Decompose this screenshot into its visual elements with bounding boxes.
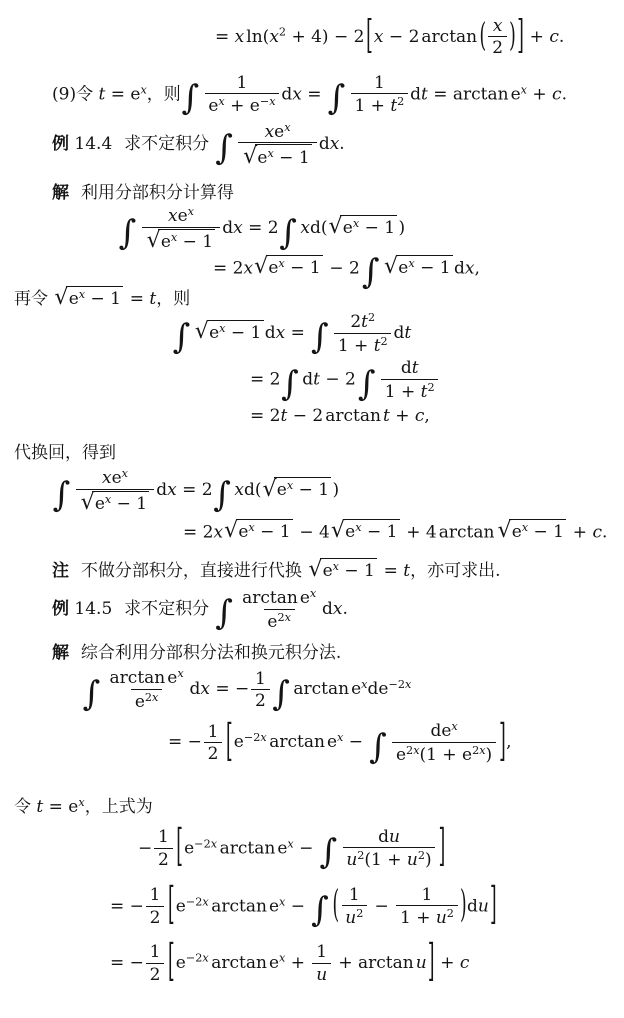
- fraction: 1u: [312, 942, 330, 985]
- math-roman: = −: [110, 953, 144, 973]
- eq-final-row-2: = 2x√ex − 1 − 4√ex − 1 + 4arctan√ex − 1 …: [183, 519, 624, 543]
- math-roman: d: [454, 258, 465, 278]
- denominator: 2: [154, 848, 172, 870]
- math-roman: − 1: [528, 522, 564, 542]
- math-roman: e: [512, 522, 522, 542]
- eq-parts-row-2: = 2x√ex − 1 − 2∫√ex − 1dx,: [213, 255, 624, 279]
- fraction: 12: [146, 942, 164, 985]
- radicand: ex − 1: [396, 255, 453, 279]
- math-roman: e: [274, 122, 284, 142]
- math-cjk-bold: 例: [52, 599, 69, 619]
- math-cjk-text: 求不定积分: [124, 134, 214, 154]
- math-roman: 1 +: [400, 908, 436, 928]
- math-variable: t: [374, 336, 381, 356]
- math-variable: x: [211, 837, 217, 850]
- math-roman: − 1: [339, 561, 375, 581]
- eq-subst-row-2: = 2∫dt − 2∫dt1 + t2: [250, 358, 624, 402]
- superscript: −2x: [244, 731, 267, 744]
- math-roman: e: [343, 218, 353, 238]
- stretchy-delimiter: [: [226, 721, 233, 765]
- math-roman: .: [495, 561, 500, 581]
- math-roman: .: [559, 27, 564, 47]
- math-variable: x: [405, 678, 411, 691]
- radicand: ex − 1: [274, 477, 331, 501]
- math-variable: c: [460, 953, 470, 973]
- numerator: 2t2: [347, 311, 379, 333]
- math-variable: x: [300, 218, 310, 238]
- math-variable: x: [202, 895, 208, 908]
- math-roman: −2: [186, 895, 203, 908]
- denominator: u: [312, 963, 330, 985]
- math-roman: =: [378, 561, 403, 581]
- math-roman: d: [265, 323, 276, 343]
- math-roman: (9): [52, 84, 76, 104]
- stretchy-delimiter: [: [168, 884, 175, 928]
- math-roman: −: [294, 838, 319, 858]
- math-variable: x: [292, 84, 302, 104]
- math-roman: e: [238, 522, 248, 542]
- math-roman: e: [323, 561, 333, 581]
- numerator: xex: [261, 121, 294, 143]
- superscript: 2: [418, 849, 425, 862]
- item-9: (9)令 t = ex，则∫1ex + e−xdx = ∫11 + t2dt =…: [52, 73, 624, 117]
- numerator: 1: [233, 73, 251, 93]
- math-roman: − 1: [111, 494, 147, 514]
- math-roman: 2: [150, 965, 161, 985]
- radicand: ex − 1: [340, 215, 397, 239]
- stretchy-delimiter: ]: [490, 884, 497, 928]
- math-roman: −: [369, 896, 394, 916]
- math-roman: +: [527, 84, 552, 104]
- denominator: ex + e−x: [205, 93, 280, 117]
- math-roman: 2: [368, 311, 375, 324]
- stretchy-delimiter: ): [509, 21, 516, 53]
- math-roman: e: [511, 84, 521, 104]
- math-roman: e: [268, 258, 278, 278]
- fraction: dexe2x(1 + e2x): [392, 720, 496, 765]
- eq-subst-row-3: = 2t − 2arctant + c,: [250, 406, 624, 426]
- math-roman: d: [393, 323, 404, 343]
- denominator: 1 + t2: [334, 333, 391, 357]
- stretchy-delimiter: [: [168, 942, 175, 986]
- math-roman: ,: [474, 258, 479, 278]
- math-roman: e: [176, 953, 186, 973]
- math-roman: − 1: [255, 522, 291, 542]
- math-roman: arctan: [220, 838, 276, 858]
- fraction: 1ex + e−x: [205, 73, 280, 117]
- numerator: 1: [146, 885, 164, 905]
- square-root: √ex − 1: [329, 215, 398, 239]
- numerator: 1: [251, 669, 269, 689]
- radicand: ex − 1: [66, 286, 123, 310]
- math-roman: = 2: [177, 481, 213, 501]
- denominator: √ex − 1: [76, 489, 154, 515]
- denominator: 2: [146, 906, 164, 928]
- math-roman: 1 +: [338, 336, 374, 356]
- stretchy-delimiter: [: [366, 18, 373, 57]
- fraction: 12: [146, 885, 164, 928]
- math-roman: 2: [158, 850, 169, 870]
- example-14-5-title: 例 14.5求不定积分 ∫arctanexe2xdx.: [52, 587, 624, 632]
- math-variable: u: [316, 965, 327, 985]
- math-roman: = −: [110, 896, 144, 916]
- math-roman: − 1: [285, 258, 321, 278]
- math-variable: x: [188, 205, 194, 218]
- math-variable: t: [361, 312, 368, 332]
- math-roman: d: [401, 358, 412, 378]
- numerator: arctanex: [106, 667, 188, 689]
- math-roman: =: [124, 289, 149, 309]
- denominator: 2: [488, 36, 506, 58]
- math-roman: − 1: [415, 258, 451, 278]
- math-roman: e: [178, 206, 188, 226]
- math-cjk-text: 令: [14, 797, 36, 817]
- superscript: x: [451, 720, 457, 733]
- math-roman: =: [302, 84, 327, 104]
- numerator: x: [489, 16, 506, 36]
- math-variable: u: [407, 850, 418, 870]
- math-cjk-text: ，上式为: [85, 797, 153, 817]
- superscript: −x: [260, 95, 276, 108]
- text-let-t: 令 t = ex，上式为: [14, 792, 624, 817]
- superscript: 2x: [277, 611, 290, 624]
- fraction: x2: [488, 16, 506, 59]
- math-roman: d: [281, 84, 292, 104]
- math-roman: = 2: [250, 370, 280, 390]
- math-cjk-bold: 注: [52, 561, 69, 581]
- math-roman: −2: [388, 678, 405, 691]
- math-roman: +: [435, 953, 460, 973]
- math-roman: d: [322, 599, 333, 619]
- math-roman: e: [398, 258, 408, 278]
- math-roman: e: [208, 96, 218, 116]
- math-roman: d: [467, 896, 478, 916]
- math-cjk-bold: 解: [52, 183, 69, 203]
- math-roman: d: [410, 84, 421, 104]
- denominator: 1 + u2: [396, 905, 457, 929]
- math-roman: e: [167, 669, 177, 689]
- numerator: arctanex: [238, 587, 320, 609]
- math-roman: + arctan: [333, 953, 414, 973]
- stretchy-delimiter: [: [176, 826, 183, 870]
- math-roman: +: [567, 522, 592, 542]
- math-roman: .: [562, 84, 567, 104]
- math-roman: = e: [43, 797, 78, 817]
- fraction: xex√ex − 1: [142, 205, 220, 252]
- math-variable: x: [451, 720, 457, 733]
- denominator: u2(1 + u2): [343, 847, 436, 871]
- math-roman: = −: [168, 733, 202, 753]
- math-cjk-bold: 例: [52, 134, 69, 154]
- superscript: −2x: [388, 678, 411, 691]
- math-variable: u: [436, 908, 447, 928]
- math-roman: arctan: [421, 27, 477, 47]
- math-roman: 1: [422, 885, 433, 905]
- math-roman: .: [339, 134, 344, 154]
- math-roman: = arctan: [428, 84, 509, 104]
- superscript: 2: [279, 26, 286, 39]
- math-roman: +: [524, 27, 549, 47]
- math-variable: x: [374, 27, 384, 47]
- superscript: 2: [356, 907, 363, 920]
- math-roman: 1: [150, 885, 161, 905]
- square-root: √ex − 1: [195, 320, 264, 344]
- superscript: 2x: [472, 744, 485, 757]
- math-roman: d: [222, 218, 233, 238]
- fraction: 11 + t2: [351, 73, 408, 117]
- superscript: x: [188, 205, 194, 218]
- math-roman: − 1: [225, 323, 261, 343]
- superscript: 2x: [145, 691, 158, 704]
- denominator: e2x(1 + e2x): [392, 742, 496, 766]
- superscript: 2: [447, 907, 454, 920]
- math-cjk-text: 利用分部积分计算得: [81, 183, 234, 203]
- math-roman: (1 +: [364, 850, 407, 870]
- math-roman: 14.5: [69, 599, 112, 619]
- denominator: √ex − 1: [142, 227, 220, 253]
- numerator: 1: [146, 942, 164, 962]
- math-roman: e: [112, 468, 122, 488]
- fraction: xex√ex − 1: [238, 121, 316, 168]
- fraction: 12: [154, 827, 172, 870]
- math-roman: − 2: [384, 27, 420, 47]
- math-roman: d: [378, 827, 389, 847]
- math-variable: c: [415, 406, 425, 426]
- superscript: 2: [427, 381, 434, 394]
- square-root: √ex − 1: [497, 519, 566, 543]
- math-variable: t: [383, 406, 390, 426]
- math-variable: u: [346, 850, 357, 870]
- numerator: du: [374, 827, 403, 847]
- math-cjk-text: 求不定积分: [124, 599, 214, 619]
- math-roman: arctan: [439, 522, 495, 542]
- math-roman: − 2: [287, 406, 323, 426]
- stretchy-delimiter: ]: [428, 942, 435, 986]
- superscript: x: [284, 121, 290, 134]
- math-roman: ): [398, 218, 405, 238]
- math-roman: (1 + e: [420, 745, 473, 765]
- math-roman: e: [351, 679, 361, 699]
- stretchy-delimiter: ]: [438, 826, 445, 870]
- math-cjk-text: ，亦可求出: [410, 561, 495, 581]
- math-variable: x: [276, 323, 286, 343]
- math-variable: x: [235, 27, 245, 47]
- square-root: √ex − 1: [224, 519, 293, 543]
- math-roman: 2: [350, 312, 361, 332]
- math-roman: arctan: [110, 669, 166, 689]
- math-variable: x: [285, 611, 291, 624]
- math-roman: de: [367, 679, 388, 699]
- fraction: arctanexe2x: [238, 587, 320, 632]
- math-variable: x: [269, 27, 279, 47]
- math-variable: u: [416, 953, 427, 973]
- math-roman: 2: [145, 691, 152, 704]
- denominator: √ex − 1: [238, 142, 316, 168]
- math-roman: +: [285, 953, 310, 973]
- math-cjk-text: ，则: [147, 84, 181, 104]
- numerator: dex: [427, 720, 462, 742]
- math-variable: x: [177, 667, 183, 680]
- math-roman: 1: [349, 885, 360, 905]
- math-variable: x: [234, 481, 244, 501]
- superscript: 2: [381, 335, 388, 348]
- solution-14-5-intro: 解综合利用分部积分法和换元积分法.: [52, 638, 624, 663]
- eq-parts-row-1: ∫xex√ex − 1dx = 2∫xd(√ex − 1): [118, 205, 624, 252]
- fraction: duu2(1 + u2): [343, 827, 436, 871]
- math-variable: x: [213, 522, 223, 542]
- math-roman: 2: [356, 907, 363, 920]
- denominator: e2x: [264, 609, 295, 633]
- math-roman: 1: [374, 73, 385, 93]
- math-roman: d: [156, 481, 167, 501]
- math-roman: − 1: [362, 522, 398, 542]
- radicand: ex − 1: [343, 519, 400, 543]
- math-roman: 2: [255, 691, 266, 711]
- math-roman: = 2: [213, 258, 243, 278]
- math-variable: x: [202, 952, 208, 965]
- numerator: 1: [418, 885, 436, 905]
- fraction: 1u2: [342, 885, 368, 929]
- square-root: √ex − 1: [254, 255, 323, 279]
- square-root: √ex − 1: [263, 477, 332, 501]
- radicand: ex − 1: [266, 255, 323, 279]
- square-root: √ex − 1: [331, 519, 400, 543]
- math-roman: + e: [225, 96, 260, 116]
- math-roman: 2: [150, 908, 161, 928]
- math-variable: t: [412, 358, 419, 378]
- math-roman: −: [138, 838, 152, 858]
- math-roman: d: [302, 370, 313, 390]
- math-variable: u: [478, 896, 489, 916]
- math-roman: 2: [279, 26, 286, 39]
- math-roman: = e: [105, 84, 140, 104]
- radicand: ex − 1: [236, 519, 293, 543]
- math-variable: x: [260, 731, 266, 744]
- math-roman: −2: [186, 952, 203, 965]
- radicand: ex − 1: [158, 229, 215, 253]
- math-roman: ): [332, 481, 339, 501]
- fraction: 2t21 + t2: [334, 311, 391, 356]
- denominator: 1 + t2: [351, 93, 408, 117]
- math-roman: arctan: [242, 588, 298, 608]
- math-variable: x: [168, 206, 178, 226]
- math-variable: c: [552, 84, 562, 104]
- math-variable: t: [404, 323, 411, 343]
- math-variable: t: [313, 370, 320, 390]
- radicand: ex − 1: [320, 558, 377, 582]
- math-roman: e: [135, 692, 145, 712]
- radicand: ex − 1: [509, 519, 566, 543]
- fraction: 12: [204, 722, 222, 765]
- eq-subst-row-1: ∫√ex − 1dx = ∫2t21 + t2dt: [172, 311, 624, 356]
- square-root: √ex − 1: [384, 255, 453, 279]
- stretchy-delimiter: ): [460, 888, 467, 925]
- math-variable: x: [152, 691, 158, 704]
- numerator: xex: [98, 467, 131, 489]
- math-roman: 1: [237, 73, 248, 93]
- numerator: 1: [154, 827, 172, 847]
- math-variable: c: [592, 522, 602, 542]
- math-variable: x: [167, 481, 177, 501]
- math-roman: 2: [208, 744, 219, 764]
- stretchy-delimiter: (: [479, 21, 486, 53]
- math-roman: 1 +: [385, 382, 421, 402]
- math-roman: e: [396, 745, 406, 765]
- square-root: √ex − 1: [308, 558, 377, 582]
- square-root: √ex − 1: [81, 491, 150, 515]
- math-roman: = 2: [243, 218, 279, 238]
- math-roman: − 1: [85, 289, 121, 309]
- superscript: 2x: [406, 744, 419, 757]
- numerator: xex: [164, 205, 197, 227]
- math-roman: = 2: [250, 406, 280, 426]
- math-roman: 1: [316, 942, 327, 962]
- math-roman: d: [189, 679, 200, 699]
- textbook-page: = xln(x2 + 4) − 2[x − 2arctan(x2)] + c. …: [0, 0, 624, 985]
- math-roman: ,: [424, 406, 429, 426]
- denominator: 2: [204, 742, 222, 764]
- math-roman: e: [345, 522, 355, 542]
- math-roman: + 4: [401, 522, 437, 542]
- math-roman: + 4) − 2: [286, 27, 364, 47]
- math-roman: e: [327, 733, 337, 753]
- math-variable: t: [421, 84, 428, 104]
- math-variable: x: [265, 122, 275, 142]
- math-roman: 2: [492, 38, 503, 58]
- square-root: √ex − 1: [54, 286, 123, 310]
- math-variable: u: [345, 908, 356, 928]
- math-roman: e: [277, 481, 287, 501]
- math-roman: 1 +: [354, 96, 390, 116]
- math-roman: e: [209, 323, 219, 343]
- math-variable: u: [389, 827, 400, 847]
- superscript: x: [122, 467, 128, 480]
- math-roman: .: [336, 643, 341, 663]
- math-variable: x: [200, 679, 210, 699]
- denominator: e2x: [131, 689, 162, 713]
- math-variable: x: [330, 134, 340, 154]
- math-roman: −2: [194, 837, 211, 850]
- math-variable: x: [493, 16, 503, 36]
- numerator: 1: [370, 73, 388, 93]
- eq-ln-continuation: = xln(x2 + 4) − 2[x − 2arctan(x2)] + c.: [215, 16, 624, 59]
- math-roman: ): [425, 850, 432, 870]
- math-roman: ,: [506, 733, 511, 753]
- math-roman: de: [430, 722, 451, 742]
- eq-145-row-2: = −12[e−2xarctanex − ∫dexe2x(1 + e2x)],: [168, 720, 624, 765]
- math-roman: e: [269, 896, 279, 916]
- stretchy-delimiter: ]: [517, 18, 524, 57]
- math-roman: = −: [210, 679, 249, 699]
- math-roman: −: [343, 733, 368, 753]
- stretchy-delimiter: (: [332, 888, 339, 925]
- square-root: √ex − 1: [147, 229, 216, 253]
- denominator: 2: [251, 689, 269, 711]
- math-roman: = 2: [183, 522, 213, 542]
- math-roman: d: [319, 134, 330, 154]
- math-roman: e: [184, 838, 194, 858]
- math-roman: − 1: [293, 481, 329, 501]
- math-roman: +: [390, 406, 415, 426]
- numerator: 1: [204, 722, 222, 742]
- math-variable: x: [269, 95, 275, 108]
- superscript: 2: [368, 311, 375, 324]
- numerator: dt: [397, 358, 422, 378]
- math-roman: .: [342, 599, 347, 619]
- math-roman: 14.4: [69, 134, 112, 154]
- math-roman: arctan: [325, 406, 381, 426]
- math-roman: 2: [418, 849, 425, 862]
